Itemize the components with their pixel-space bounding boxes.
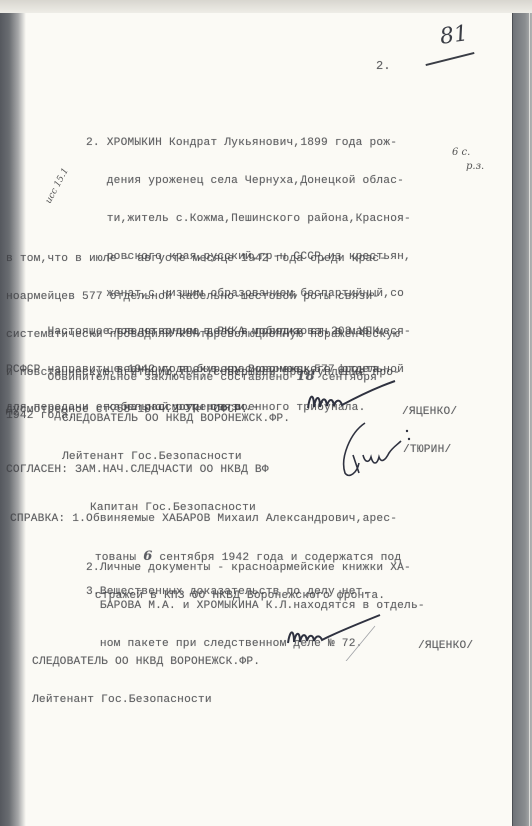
page-number: 2. xyxy=(376,60,391,73)
investigator-name-2: /ЯЦЕНКО/ xyxy=(418,640,473,653)
margin-note-left: ucc 15.1 xyxy=(44,167,71,206)
reference-label: СПРАВКА: xyxy=(10,513,65,525)
scan-right-edge xyxy=(512,13,532,826)
margin-note-right: 6 с. р.з. xyxy=(452,146,484,174)
folio-number: 81 xyxy=(438,21,469,50)
approver-name: /ТЮРИН/ xyxy=(403,444,451,457)
approval-label: СОГЛАСЕН: xyxy=(6,464,68,476)
reference-item-3: 3.Вещественных доказательств по делу нет… xyxy=(86,586,369,599)
folio-underline xyxy=(426,52,475,66)
signature-icon xyxy=(280,611,390,661)
document-page: 81 2. ucc 15.1 6 с. р.з. 2. ХРОМЫКИН Кон… xyxy=(0,13,512,826)
scan-top-edge xyxy=(0,0,532,14)
investigator-signature-block-2: СЛЕДОВАТЕЛЬ ОО НКВД ВОРОНЕЖСК.ФР. Лейтен… xyxy=(32,631,260,732)
